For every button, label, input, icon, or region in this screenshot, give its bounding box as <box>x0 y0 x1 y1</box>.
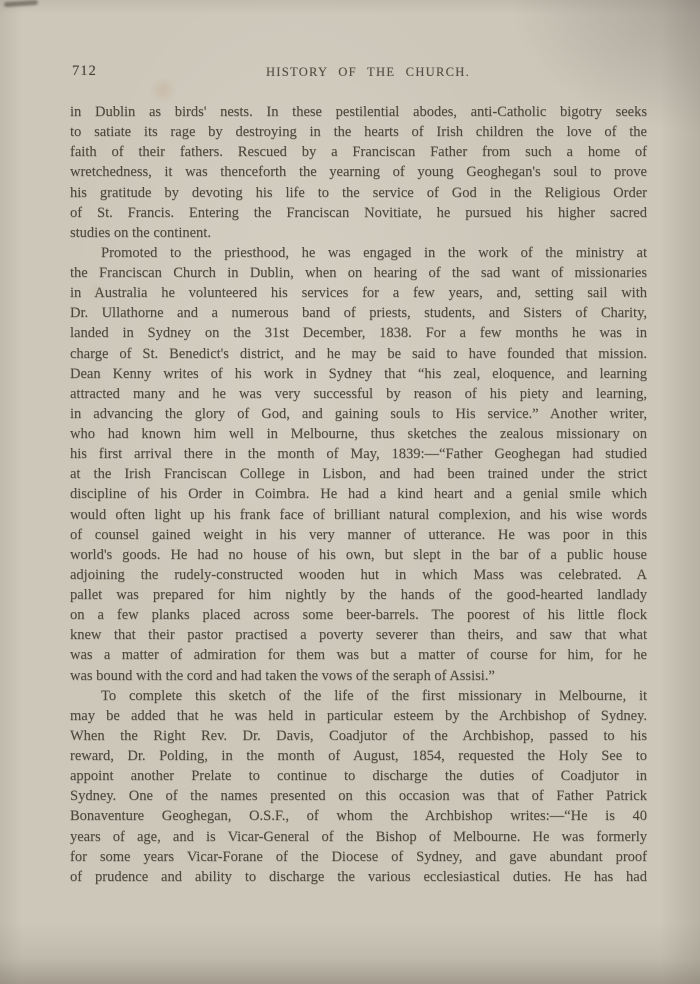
text-line: in advancing the glory of God, and gaini… <box>70 404 647 424</box>
text-line: world's goods. He had no house of his ow… <box>70 545 647 565</box>
text-line: When the Right Rev. Dr. Davis, Coadjutor… <box>70 726 647 746</box>
text-line: the Franciscan Church in Dublin, when on… <box>70 263 647 283</box>
text-line: was bound with the cord and had taken th… <box>70 666 647 686</box>
text-line: Dr. Ullathorne and a numerous band of pr… <box>70 303 647 323</box>
text-line: was a matter of admiration for them was … <box>70 645 647 665</box>
book-page: 712 HISTORY OF THE CHURCH. in Dublin as … <box>0 0 700 984</box>
page-edge-mark <box>4 0 38 7</box>
text-line: To complete this sketch of the life of t… <box>70 686 647 706</box>
text-line: on a few planks placed across some beer-… <box>70 605 647 625</box>
text-line: attracted many and he was very successfu… <box>70 384 647 404</box>
text-line: for some years Vicar-Forane of the Dioce… <box>70 847 647 867</box>
text-line: of prudence and ability to discharge the… <box>70 867 647 887</box>
text-line: charge of St. Benedict's district, and h… <box>70 344 647 364</box>
text-line: adjoining the rudely-constructed wooden … <box>70 565 647 585</box>
text-line: in Dublin as birds' nests. In these pest… <box>70 102 647 122</box>
text-line: appoint another Prelate to continue to d… <box>70 766 647 786</box>
text-line: his gratitude by devoting his life to th… <box>70 183 647 203</box>
text-line: reward, Dr. Polding, in the month of Aug… <box>70 746 647 766</box>
text-line: knew that their pastor practised a pover… <box>70 625 647 645</box>
running-title: HISTORY OF THE CHURCH. <box>70 65 648 80</box>
paragraph: Promoted to the priesthood, he was engag… <box>70 243 647 686</box>
text-line: landed in Sydney on the 31st December, 1… <box>70 323 647 343</box>
text-line: Sydney. One of the names presented on th… <box>70 786 647 806</box>
text-line: years of age, and is Vicar-General of th… <box>70 827 647 847</box>
text-line: discipline of his Order in Coimbra. He h… <box>70 484 647 504</box>
text-line: may be added that he was held in particu… <box>70 706 647 726</box>
text-line: Bonaventure Geoghegan, O.S.F., of whom t… <box>70 806 647 826</box>
page-header: 712 HISTORY OF THE CHURCH. <box>70 63 648 83</box>
text-line: who had known him well in Melbourne, thu… <box>70 424 647 444</box>
text-line: in Australia he volunteered his services… <box>70 283 647 303</box>
text-line: his first arrival there in the month of … <box>70 444 647 464</box>
text-line: at the Irish Franciscan College in Lisbo… <box>70 464 647 484</box>
paragraph: To complete this sketch of the life of t… <box>70 686 647 887</box>
text-line: pallet was prepared for him nightly by t… <box>70 585 647 605</box>
text-line: studies on the continent. <box>70 223 647 243</box>
paragraph: in Dublin as birds' nests. In these pest… <box>70 102 647 243</box>
text-line: Dean Kenny writes of his work in Sydney … <box>70 364 647 384</box>
text-line: wretchedness, it was thenceforth the yea… <box>70 162 647 182</box>
text-line: of St. Francis. Entering the Franciscan … <box>70 203 647 223</box>
text-line: to satiate its rage by destroying in the… <box>70 122 647 142</box>
text-line: Promoted to the priesthood, he was engag… <box>70 243 647 263</box>
text-line: of counsel gained weight in his very man… <box>70 525 647 545</box>
text-block: in Dublin as birds' nests. In these pest… <box>70 102 647 887</box>
text-line: would often light up his frank face of b… <box>70 505 647 525</box>
text-line: faith of their fathers. Rescued by a Fra… <box>70 142 647 162</box>
